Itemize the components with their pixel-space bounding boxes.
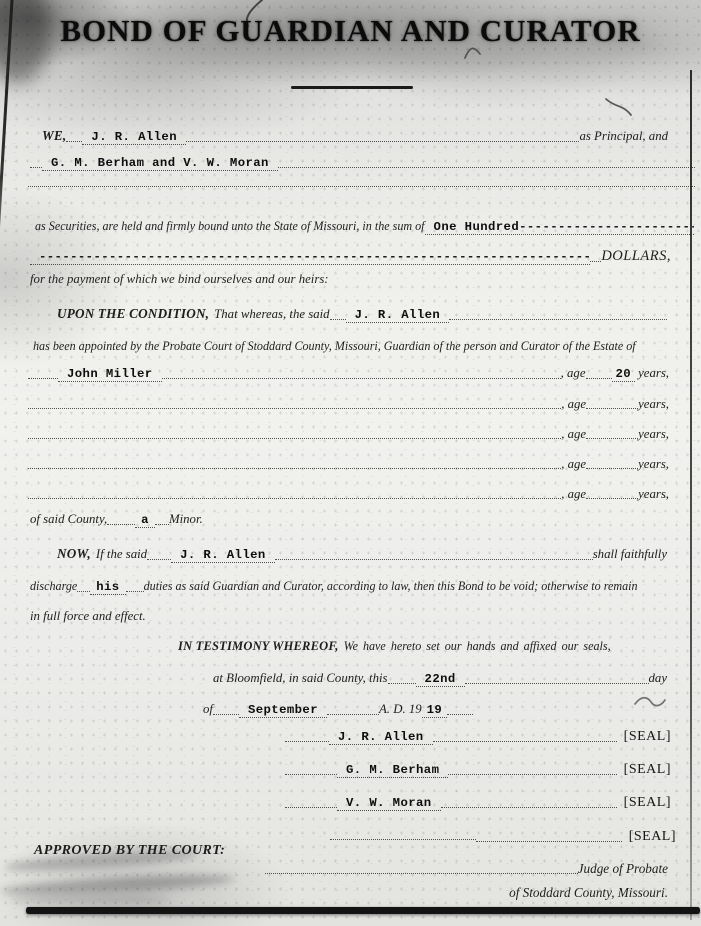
- dotted-leader: [433, 741, 617, 742]
- dotted-leader: [147, 559, 171, 560]
- judge-title-label: Judge of Probate: [578, 861, 668, 877]
- age-label: , age: [561, 457, 586, 472]
- obligor-name-typed: J. R. Allen: [171, 548, 275, 563]
- dotted-leader: [28, 186, 695, 187]
- age-blank-row: , age years,: [28, 487, 669, 502]
- dotted-leader: [28, 378, 58, 379]
- ad-label: A. D. 19: [379, 702, 422, 717]
- force-clause-label: in full force and effect.: [30, 609, 146, 624]
- principal-row: WE, J. R. Allen as Principal, and: [42, 128, 668, 145]
- dotted-leader: [448, 774, 616, 775]
- dotted-leader: [213, 714, 239, 715]
- date-month-row: of September A. D. 19 19: [203, 702, 473, 718]
- day-value-typed: 22nd: [416, 672, 465, 687]
- age-blank-row: , age years,: [28, 397, 669, 412]
- dotted-leader: [186, 141, 579, 142]
- seal-label: [SEAL]: [624, 795, 671, 811]
- dotted-leader: [278, 167, 695, 168]
- sum-value-typed: One Hundred-----------------------------…: [425, 220, 694, 235]
- dotted-leader: [327, 714, 379, 715]
- dotted-leader: [28, 498, 561, 499]
- if-label: If the said: [96, 547, 147, 562]
- county-row: of said County, a Minor.: [30, 512, 203, 528]
- years-label: years,: [638, 366, 669, 381]
- scan-bottom-bar: [26, 907, 700, 914]
- approved-label: APPROVED BY THE COURT:: [34, 843, 225, 859]
- scan-bleedthrough-writing-3: [10, 895, 170, 905]
- testimony-clause-label: We have hereto set our hands and affixed…: [344, 639, 611, 654]
- force-row: in full force and effect.: [30, 609, 146, 624]
- years-label: years,: [638, 457, 669, 472]
- dotted-leader: [162, 378, 561, 379]
- signature-row-3: V. W. Moran [SEAL]: [285, 795, 671, 811]
- appointed-row: has been appointed by the Probate Court …: [33, 339, 636, 354]
- dotted-leader: [285, 774, 337, 775]
- securities-row: G. M. Berham and V. W. Moran: [30, 156, 695, 171]
- seal-label: [SEAL]: [624, 729, 671, 745]
- dotted-leader: [586, 408, 638, 409]
- title-divider-rule: [291, 86, 413, 89]
- judge-row: Judge of Probate: [265, 861, 668, 877]
- dotted-leader: [285, 741, 329, 742]
- age-label: , age: [561, 366, 586, 381]
- dotted-leader: [66, 141, 82, 142]
- signature-row-2: G. M. Berham [SEAL]: [285, 762, 671, 778]
- sum-row: as Securities, are held and firmly bound…: [35, 219, 694, 235]
- dotted-leader: [476, 841, 622, 842]
- dollars-row: ----------------------------------------…: [30, 248, 671, 265]
- at-clause-label: at Bloomfield, in said County, this: [213, 671, 388, 686]
- we-label: WE,: [42, 128, 66, 144]
- signature-name-2-typed: G. M. Berham: [337, 763, 448, 778]
- dotted-leader: [586, 438, 638, 439]
- blank-line-row: [28, 186, 695, 190]
- month-value-typed: September: [239, 703, 327, 718]
- years-label: years,: [638, 487, 669, 502]
- age-label: , age: [561, 487, 586, 502]
- dollars-label: DOLLARS,: [601, 248, 671, 265]
- minor-article-typed: a: [135, 513, 155, 528]
- pen-mark-right-margin: [604, 96, 634, 118]
- duties-clause-label: duties as said Guardian and Curator, acc…: [144, 579, 638, 594]
- ward-age-typed: 20: [612, 367, 636, 382]
- of-label: of: [203, 702, 213, 717]
- age-blank-row: , age years,: [28, 427, 669, 442]
- dotted-leader: [285, 807, 337, 808]
- signature-row-4: [SEAL]: [330, 829, 676, 845]
- condition-row: UPON THE CONDITION, That whereas, the sa…: [57, 306, 667, 323]
- dotted-leader: [30, 167, 42, 168]
- dotted-leader: [388, 683, 416, 684]
- now-heading: NOW,: [57, 546, 91, 562]
- dotted-leader: [77, 591, 90, 592]
- payment-clause-label: for the payment of which we bind ourselv…: [30, 272, 329, 287]
- age-label: , age: [561, 427, 586, 442]
- document-title: BOND OF GUARDIAN AND CURATOR: [0, 13, 701, 49]
- dotted-leader: [28, 468, 561, 469]
- scan-edge-line-right: [690, 70, 692, 920]
- dotted-leader: [107, 524, 135, 525]
- pen-mark-near-seal: [633, 694, 667, 710]
- judge-county-label: of Stoddard County, Missouri.: [509, 885, 668, 901]
- dotted-leader: [330, 319, 346, 320]
- faithfully-label: shall faithfully: [593, 547, 667, 562]
- judge-county-row: of Stoddard County, Missouri.: [509, 885, 668, 901]
- payment-row: for the payment of which we bind ourselv…: [30, 272, 329, 287]
- ward-row: John Miller , age 20 years,: [28, 366, 669, 382]
- age-blank-row: , age years,: [28, 457, 669, 472]
- condition-heading: UPON THE CONDITION,: [57, 306, 209, 322]
- signature-name-3-typed: V. W. Moran: [337, 796, 441, 811]
- testimony-row: IN TESTIMONY WHEREOF, We have hereto set…: [178, 639, 667, 654]
- dotted-leader: [265, 873, 578, 874]
- signature-row-1: J. R. Allen [SEAL]: [285, 729, 671, 745]
- pronoun-typed: his: [90, 580, 125, 595]
- dotted-leader: [449, 319, 667, 320]
- years-label: years,: [638, 397, 669, 412]
- principal-name-typed: J. R. Allen: [82, 130, 186, 145]
- seal-label: [SEAL]: [629, 829, 676, 845]
- securities-clause-label: as Securities, are held and firmly bound…: [35, 219, 425, 234]
- dotted-leader: [28, 438, 561, 439]
- discharge-label: discharge: [30, 579, 77, 594]
- dotted-leader: [28, 408, 561, 409]
- dotted-leader: [275, 559, 593, 560]
- years-label: years,: [638, 427, 669, 442]
- dotted-leader: [465, 683, 649, 684]
- scan-bleedthrough-writing-2: [0, 872, 235, 898]
- securities-names-typed: G. M. Berham and V. W. Moran: [42, 156, 278, 171]
- approved-row: APPROVED BY THE COURT:: [34, 843, 225, 859]
- dotted-leader: [126, 591, 144, 592]
- discharge-row: discharge his duties as said Guardian an…: [30, 579, 638, 595]
- now-row: NOW, If the said J. R. Allen shall faith…: [57, 546, 667, 563]
- whereas-label: That whereas, the said: [214, 307, 329, 322]
- dotted-leader: [586, 468, 638, 469]
- minor-label: Minor.: [169, 512, 203, 527]
- dotted-leader: [441, 807, 617, 808]
- dotted-leader: [590, 261, 601, 262]
- appointee-name-typed: J. R. Allen: [346, 308, 450, 323]
- appointed-clause-label: has been appointed by the Probate Court …: [33, 339, 636, 354]
- dotted-leader: [447, 714, 473, 715]
- testimony-heading: IN TESTIMONY WHEREOF,: [178, 639, 339, 654]
- scanned-document-page: BOND OF GUARDIAN AND CURATOR WE, J. R. A…: [0, 0, 701, 926]
- sum-overflow-typed: ----------------------------------------…: [30, 250, 590, 265]
- ward-name-typed: John Miller: [58, 367, 162, 382]
- day-label: day: [649, 671, 667, 686]
- dotted-leader: [586, 498, 638, 499]
- age-label: , age: [561, 397, 586, 412]
- signature-name-4-typed: [330, 839, 476, 840]
- signature-name-1-typed: J. R. Allen: [329, 730, 433, 745]
- dotted-leader: [155, 524, 169, 525]
- date-day-row: at Bloomfield, in said County, this 22nd…: [213, 671, 667, 687]
- principal-suffix-label: as Principal, and: [579, 129, 668, 144]
- seal-label: [SEAL]: [624, 762, 671, 778]
- year-value-typed: 19: [422, 703, 448, 718]
- dotted-leader: [586, 378, 612, 379]
- county-clause-label: of said County,: [30, 512, 107, 527]
